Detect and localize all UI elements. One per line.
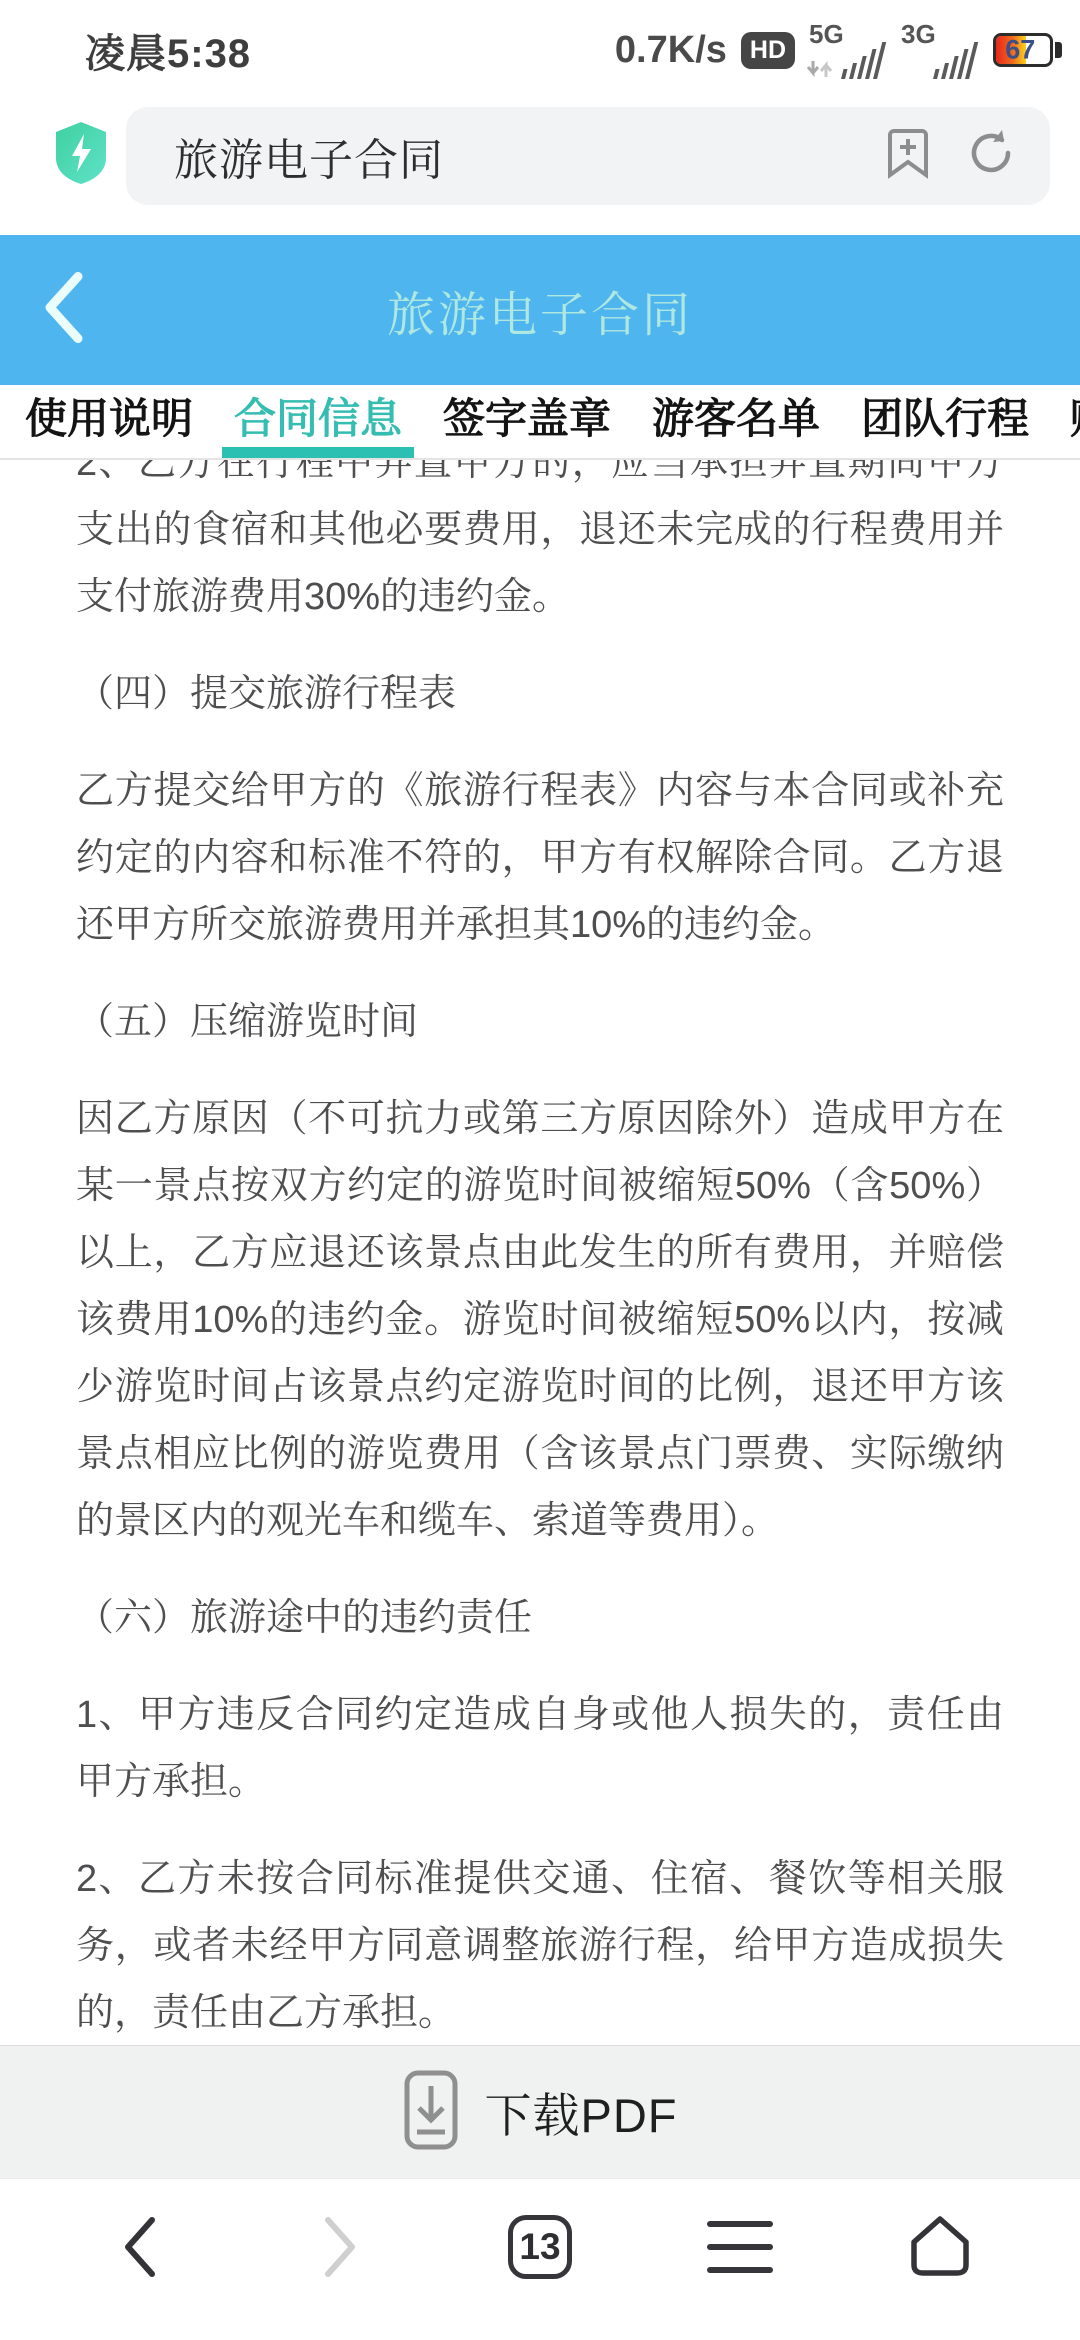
contract-section-heading: （四）提交旅游行程表: [76, 661, 1004, 728]
hd-volte-icon: HD: [741, 32, 795, 69]
download-pdf-label: 下载PDF: [485, 2079, 678, 2146]
status-bar: 凌晨5:38 0.7K/s HD 5G: [0, 0, 1080, 90]
status-indicators: 0.7K/s HD 5G: [615, 19, 1062, 81]
signal-5g-icon: 5G: [809, 19, 887, 81]
nav-forward-icon[interactable]: [280, 2202, 400, 2292]
download-bar: 下载PDF: [0, 2045, 1080, 2178]
security-shield-icon[interactable]: [52, 120, 110, 191]
nav-back-icon[interactable]: [80, 2202, 200, 2292]
phone-screen: 凌晨5:38 0.7K/s HD 5G: [0, 0, 1080, 2340]
download-icon: [403, 2070, 459, 2155]
download-pdf-button[interactable]: 下载PDF: [403, 2070, 678, 2155]
contract-paragraph: 乙方提交给甲方的《旅游行程表》内容与本合同或补充约定的内容和标准不符的，甲方有权…: [76, 758, 1004, 959]
browser-address-row: 旅游电子合同: [0, 90, 1080, 235]
tab-3[interactable]: 签字盖章: [443, 385, 611, 458]
nav-tabs-button[interactable]: 13: [480, 2202, 600, 2292]
back-chevron-icon[interactable]: [42, 271, 86, 350]
contract-section-heading: （六）旅游途中的违约责任: [76, 1585, 1004, 1652]
contract-paragraph: 2、乙方在行程中弃置甲方的，应当承担弃置期间甲方支出的食宿和其他必要费用，退还未…: [76, 460, 1004, 631]
tab-bar: 使用说明合同信息签字盖章游客名单团队行程购: [0, 385, 1080, 460]
battery-level: 67: [1005, 37, 1035, 64]
browser-bottom-nav: 13: [0, 2178, 1080, 2340]
contract-section-heading: （五）压缩游览时间: [76, 989, 1004, 1056]
network-speed: 0.7K/s: [615, 29, 727, 72]
signal-3g-icon: 3G: [901, 19, 979, 81]
tab-1[interactable]: 使用说明: [25, 385, 193, 458]
bookmark-add-icon[interactable]: [886, 127, 930, 184]
clock-time: 凌晨5:38: [85, 22, 251, 79]
nav-home-icon[interactable]: [880, 2202, 1000, 2292]
page-header: 旅游电子合同: [0, 235, 1080, 385]
tab-4[interactable]: 游客名单: [652, 385, 820, 458]
address-bar[interactable]: 旅游电子合同: [126, 107, 1050, 205]
address-bar-text[interactable]: 旅游电子合同: [174, 124, 886, 188]
refresh-icon[interactable]: [966, 128, 1016, 183]
contract-paragraph: 2、乙方未按合同标准提供交通、住宿、餐饮等相关服务，或者未经甲方同意调整旅游行程…: [76, 1846, 1004, 2045]
page-title: 旅游电子合同: [387, 276, 693, 345]
contract-paragraph: 1、甲方违反合同约定造成自身或他人损失的，责任由甲方承担。: [76, 1682, 1004, 1816]
tab-2[interactable]: 合同信息: [234, 385, 402, 458]
battery-icon: 67: [993, 33, 1062, 67]
contract-paragraph: 因乙方原因（不可抗力或第三方原因除外）造成甲方在某一景点按双方约定的游览时间被缩…: [76, 1086, 1004, 1555]
tab-5[interactable]: 团队行程: [861, 385, 1029, 458]
nav-menu-icon[interactable]: [680, 2202, 800, 2292]
tab-count: 13: [519, 2226, 560, 2268]
tab-6[interactable]: 购: [1070, 385, 1080, 458]
contract-content[interactable]: 2、乙方在行程中弃置甲方的，应当承担弃置期间甲方支出的食宿和其他必要费用，退还未…: [0, 460, 1080, 2045]
